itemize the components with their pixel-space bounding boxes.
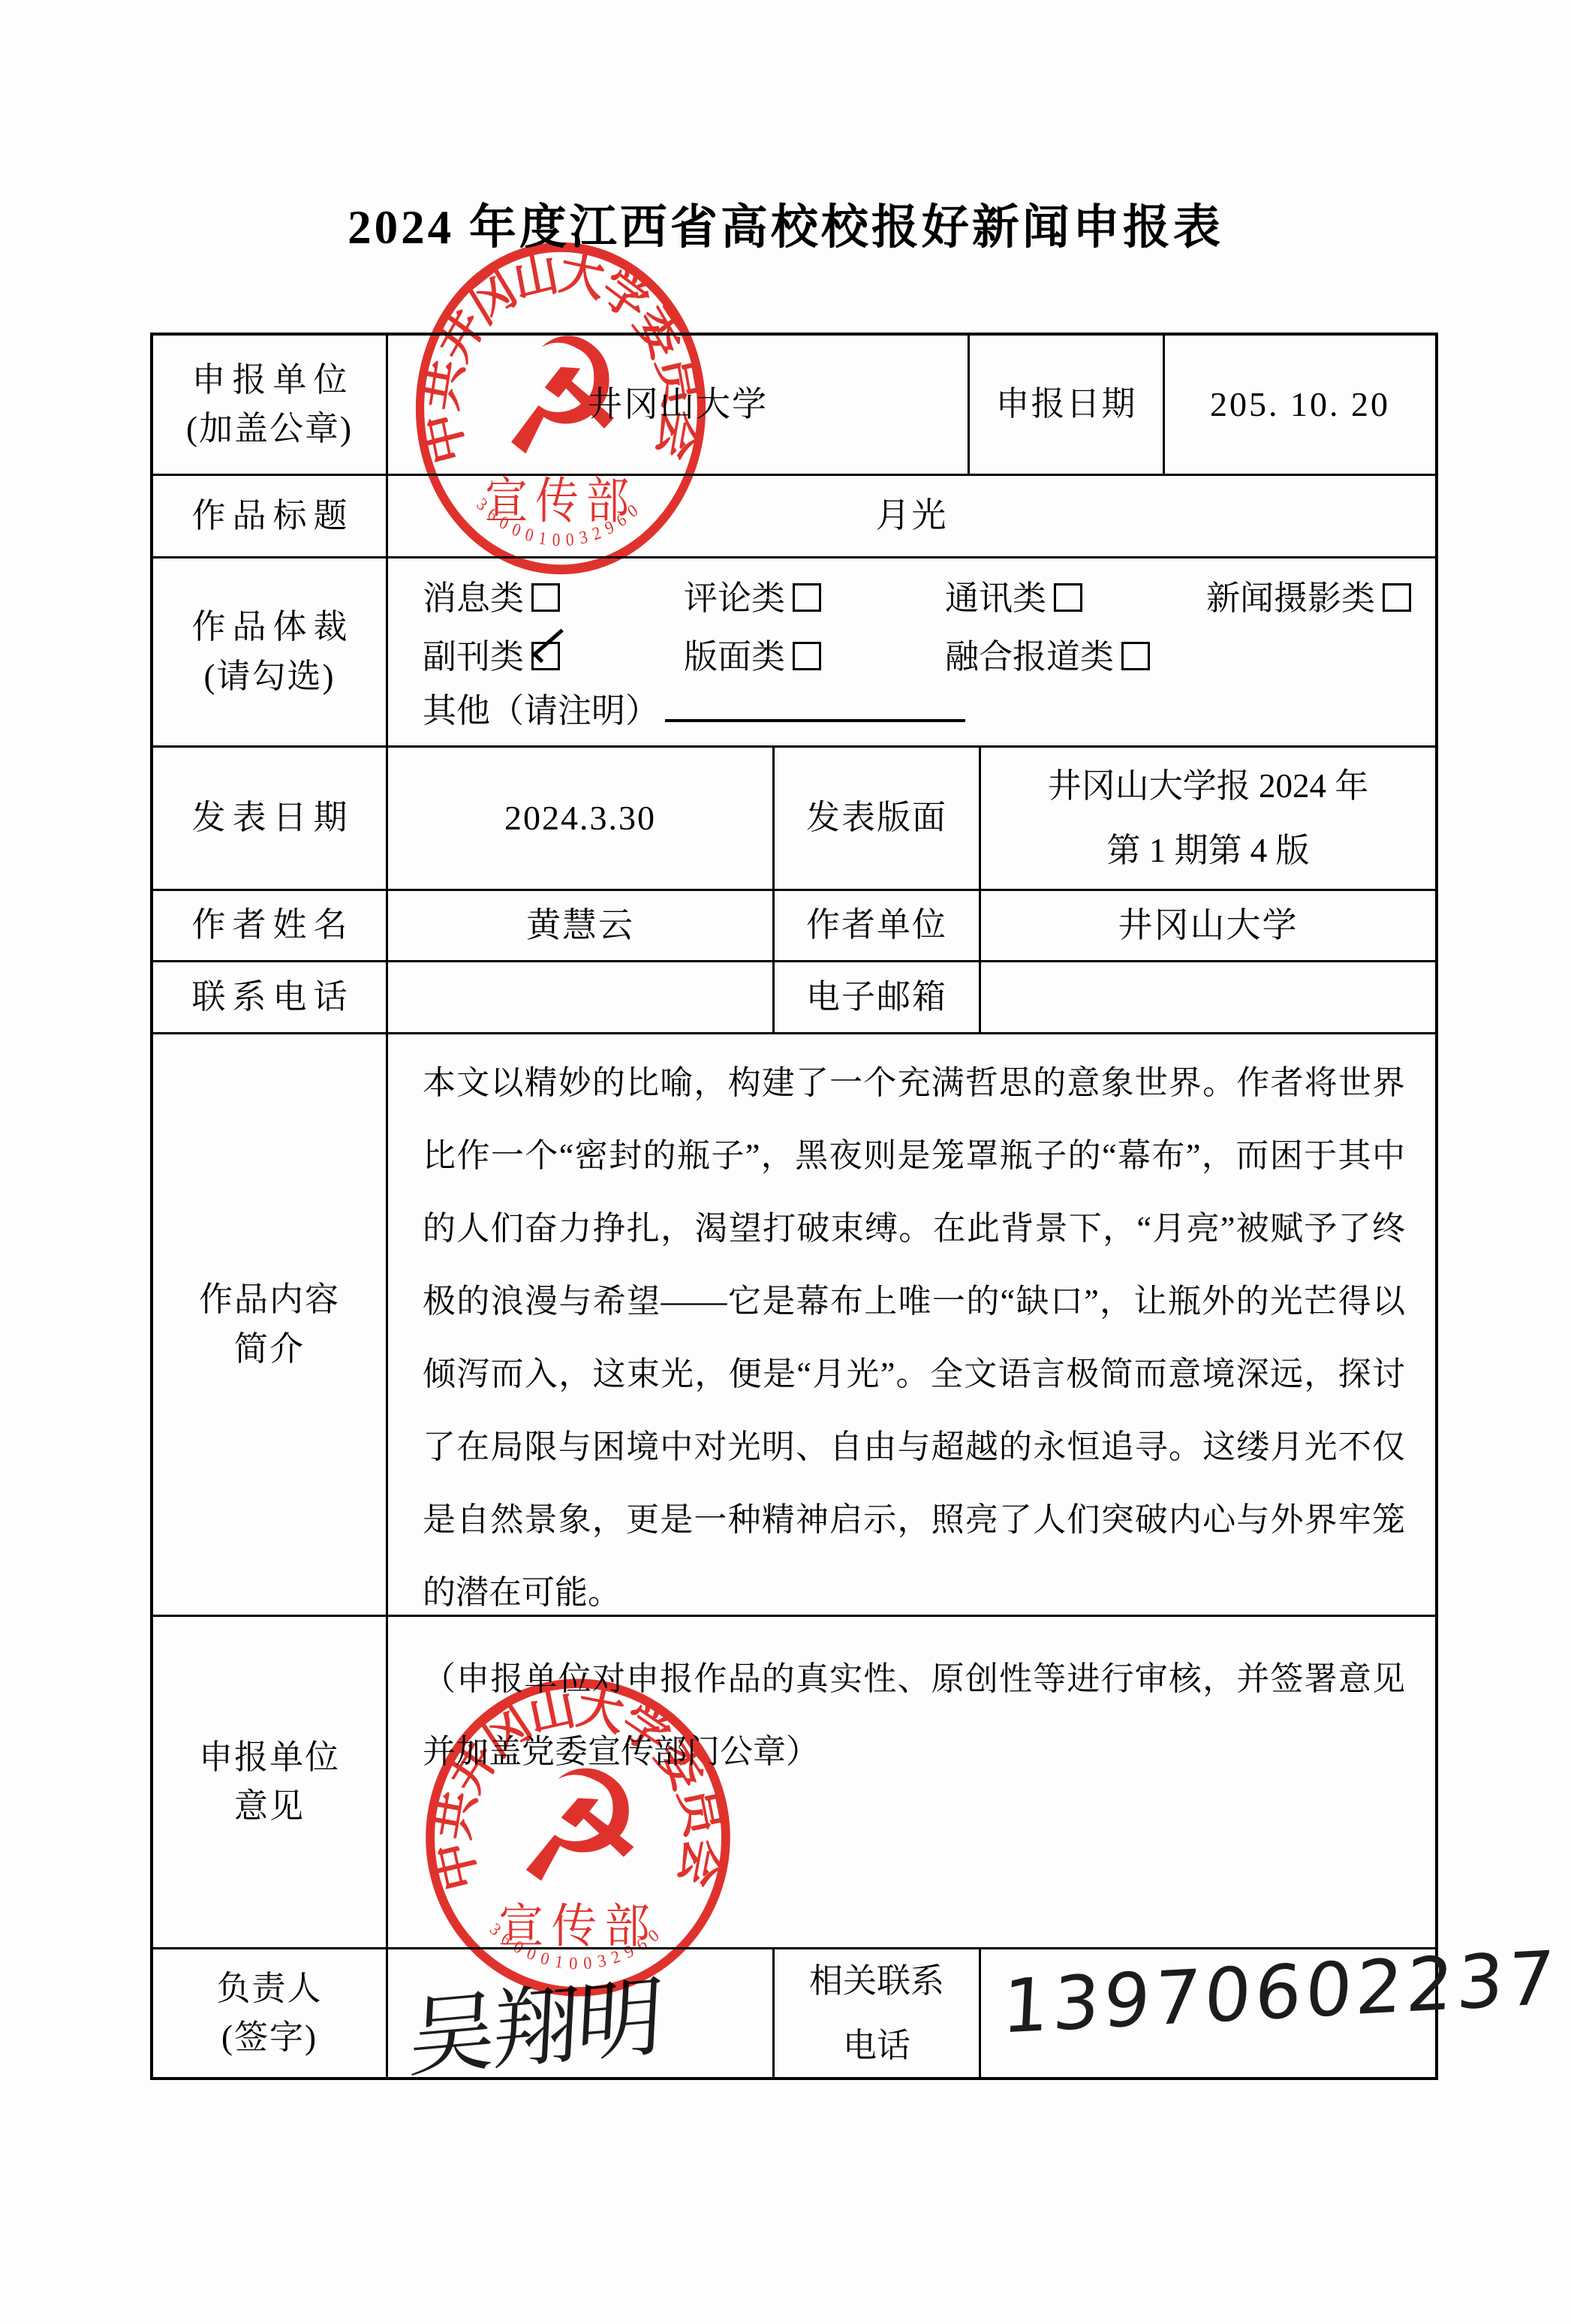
checkbox xyxy=(1054,583,1082,612)
hammer-sickle-icon: ☭ xyxy=(513,1744,646,1915)
blank-underline xyxy=(665,689,965,722)
checkbox xyxy=(1121,642,1150,670)
official-seal-bottom: 中共井冈山大学委员会 ☭ 宣传部 3600010032960 xyxy=(420,1673,736,2002)
publish-date-value: 2024.3.30 xyxy=(388,748,775,889)
checkbox-checked xyxy=(531,642,560,670)
genre-options: 消息类 评论类 通讯类 新闻摄影类 副刊类 版面类 融合报道类 其他（请注明） xyxy=(388,558,1435,745)
unit-opinion-label: 申报单位 意见 xyxy=(153,1617,388,1947)
email-label: 电子邮箱 xyxy=(775,962,981,1032)
form-table: 申报单位 (加盖公章) 井冈山大学 申报日期 205. 10. 20 作品标题 … xyxy=(150,333,1438,2080)
row-declaring-unit: 申报单位 (加盖公章) 井冈山大学 申报日期 205. 10. 20 xyxy=(153,336,1435,476)
genre-label: 作品体裁 (请勾选) xyxy=(153,558,388,745)
responsible-label: 负责人 (签字) xyxy=(153,1949,388,2077)
author-unit-label: 作者单位 xyxy=(775,891,981,960)
official-seal-top: 中共井冈山大学委员会 ☭ 宣传部 3600010032960 xyxy=(411,236,711,580)
contact-phone-label: 联系电话 xyxy=(153,962,388,1032)
row-author: 作者姓名 黄慧云 作者单位 井冈山大学 xyxy=(153,891,1435,962)
checkbox xyxy=(793,583,821,612)
publish-date-label: 发表日期 xyxy=(153,748,388,889)
declare-date-value: 205. 10. 20 xyxy=(1165,336,1435,474)
genre-option: 副刊类 xyxy=(423,633,684,682)
genre-option: 消息类 xyxy=(423,574,684,623)
author-name-label: 作者姓名 xyxy=(153,891,388,960)
checkbox xyxy=(531,583,560,612)
row-summary: 作品内容 简介 本文以精妙的比喻，构建了一个充满哲思的意象世界。作者将世界比作一… xyxy=(153,1034,1435,1617)
genre-line-2: 副刊类 版面类 融合报道类 xyxy=(423,628,1413,686)
declare-date-label: 申报日期 xyxy=(970,336,1165,474)
author-name-value: 黄慧云 xyxy=(388,891,775,960)
form-title: 2024 年度江西省高校校报好新闻申报表 xyxy=(0,189,1571,257)
genre-option: 新闻摄影类 xyxy=(1206,574,1411,623)
genre-option: 通讯类 xyxy=(945,574,1206,623)
genre-other: 其他（请注明） xyxy=(423,687,1413,745)
summary-label: 作品内容 简介 xyxy=(153,1034,388,1615)
summary-text-cell: 本文以精妙的比喻，构建了一个充满哲思的意象世界。作者将世界比作一个“密封的瓶子”… xyxy=(388,1034,1435,1615)
publish-page-label: 发表版面 xyxy=(775,748,981,889)
summary-text: 本文以精妙的比喻，构建了一个充满哲思的意象世界。作者将世界比作一个“密封的瓶子”… xyxy=(423,1046,1405,1629)
row-publish: 发表日期 2024.3.30 发表版面 井冈山大学报 2024 年 第 1 期第… xyxy=(153,748,1435,891)
checkbox xyxy=(1383,583,1411,612)
row-unit-opinion: 申报单位 意见 （申报单位对申报作品的真实性、原创性等进行审核，并签署意见并加盖… xyxy=(153,1617,1435,1949)
checkbox xyxy=(793,642,821,670)
genre-option: 融合报道类 xyxy=(945,633,1150,682)
hammer-sickle-icon: ☭ xyxy=(499,309,625,489)
work-title-label: 作品标题 xyxy=(153,476,388,556)
row-work-title: 作品标题 月光 xyxy=(153,476,1435,558)
related-phone-label: 相关联系 电话 xyxy=(775,1949,981,2077)
document-page: 2024 年度江西省高校校报好新闻申报表 申报单位 (加盖公章) 井冈山大学 申… xyxy=(0,0,1571,2324)
author-unit-value: 井冈山大学 xyxy=(981,891,1435,960)
email-value xyxy=(981,962,1435,1032)
genre-option: 版面类 xyxy=(684,633,945,682)
row-contact: 联系电话 电子邮箱 xyxy=(153,962,1435,1034)
genre-option: 评论类 xyxy=(684,574,945,623)
publish-page-value: 井冈山大学报 2024 年 第 1 期第 4 版 xyxy=(981,748,1435,889)
row-genre: 作品体裁 (请勾选) 消息类 评论类 通讯类 新闻摄影类 副刊类 版面类 融合报… xyxy=(153,558,1435,748)
contact-phone-value xyxy=(388,962,775,1032)
declaring-unit-label: 申报单位 (加盖公章) xyxy=(153,336,388,474)
